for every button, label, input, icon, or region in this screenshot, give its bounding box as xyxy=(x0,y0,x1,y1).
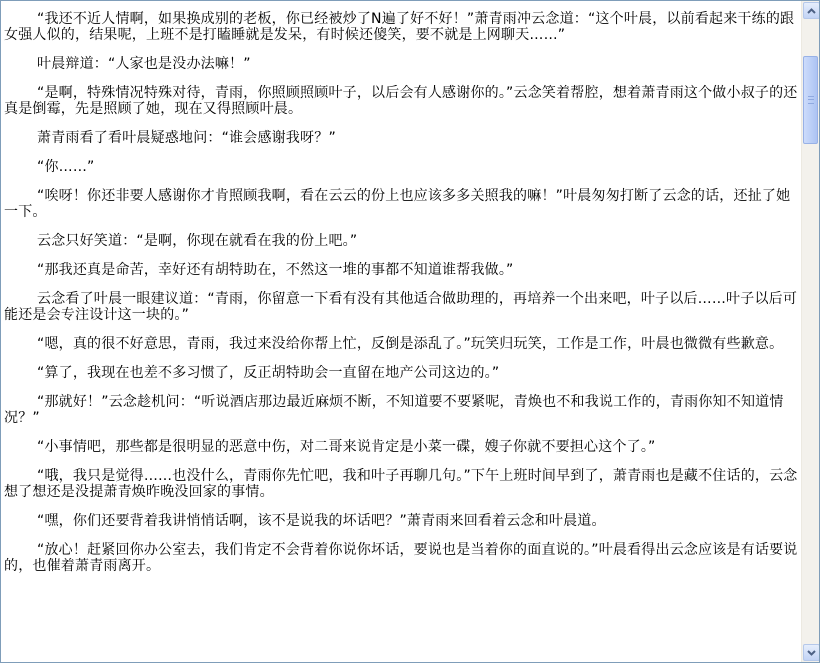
paragraph: 云念看了叶晨一眼建议道：“青雨，你留意一下看有没有其他适合做助理的，再培养一个出… xyxy=(4,291,798,323)
chevron-up-icon xyxy=(807,8,816,14)
grip-icon xyxy=(808,96,814,104)
paragraph: “放心！赶紧回你办公室去，我们肯定不会背着你说你坏话，要说也是当着你的面直说的。… xyxy=(4,542,798,574)
paragraph: “我还不近人情啊，如果换成别的老板，你已经被炒了N遍了好不好！”萧青雨冲云念道：… xyxy=(4,11,798,43)
vertical-scrollbar[interactable] xyxy=(801,1,819,662)
chevron-down-icon xyxy=(807,650,816,656)
paragraph: “那就好！”云念趁机问：“听说酒店那边最近麻烦不断，不知道要不要紧呢，青焕也不和… xyxy=(4,394,798,426)
paragraph: “算了，我现在也差不多习惯了，反正胡特助会一直留在地产公司这边的。” xyxy=(4,365,798,381)
paragraph: 萧青雨看了看叶晨疑惑地问：“谁会感谢我呀？” xyxy=(4,130,798,146)
paragraph: “嗯，真的很不好意思，青雨，我过来没给你帮上忙，反倒是添乱了。”玩笑归玩笑，工作… xyxy=(4,336,798,352)
paragraph: “是啊，特殊情况特殊对待，青雨，你照顾照顾叶子，以后会有人感谢你的。”云念笑着帮… xyxy=(4,85,798,117)
text-viewer-window: “我还不近人情啊，如果换成别的老板，你已经被炒了N遍了好不好！”萧青雨冲云念道：… xyxy=(0,0,820,663)
scroll-up-button[interactable] xyxy=(803,2,820,19)
scroll-down-button[interactable] xyxy=(803,644,820,661)
paragraph: “那我还真是命苦，幸好还有胡特助在，不然这一堆的事都不知道谁帮我做。” xyxy=(4,262,798,278)
paragraph: “嘿，你们还要背着我讲悄悄话啊，该不是说我的坏话吧？”萧青雨来回看着云念和叶晨道… xyxy=(4,513,798,529)
paragraph: “唉呀！你还非要人感谢你才肯照顾我啊，看在云云的份上也应该多多关照我的嘛！”叶晨… xyxy=(4,188,798,220)
document-body: “我还不近人情啊，如果换成别的老板，你已经被炒了N遍了好不好！”萧青雨冲云念道：… xyxy=(4,11,798,587)
paragraph: “你……” xyxy=(4,159,798,175)
paragraph: “哦，我只是觉得……也没什么，青雨你先忙吧，我和叶子再聊几句。”下午上班时间早到… xyxy=(4,468,798,500)
paragraph: 叶晨辩道：“人家也是没办法嘛！” xyxy=(4,56,798,72)
scroll-thumb[interactable] xyxy=(803,56,818,144)
paragraph: 云念只好笑道：“是啊，你现在就看在我的份上吧。” xyxy=(4,233,798,249)
paragraph: “小事情吧，那些都是很明显的恶意中伤，对二哥来说肯定是小菜一碟，嫂子你就不要担心… xyxy=(4,439,798,455)
